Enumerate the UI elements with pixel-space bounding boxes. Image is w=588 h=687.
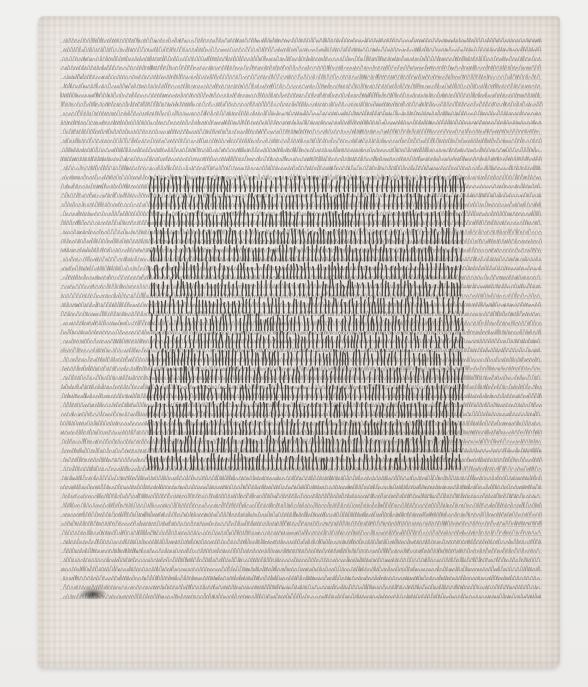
handmade-paper-sheet <box>38 16 560 668</box>
ink-stain <box>78 588 108 600</box>
dense-script-rows <box>145 176 470 471</box>
dense-script-block <box>145 176 470 471</box>
